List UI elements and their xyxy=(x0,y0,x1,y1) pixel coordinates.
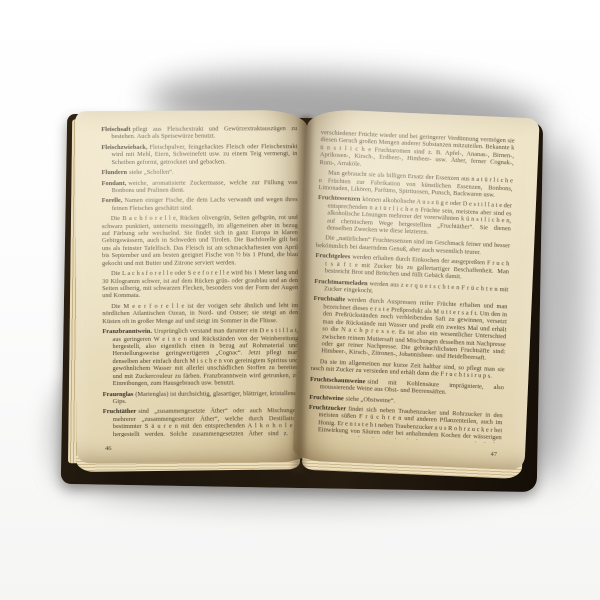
entry-text: pflegt aus Fleischextrakt und Gewürzextr… xyxy=(111,125,297,140)
entry-text: werden erhalten durch Einkochen der ausg… xyxy=(325,254,510,281)
lexicon-entry-frauenglas: Frauenglas(Marienglas) ist durchsichtig,… xyxy=(103,390,299,406)
page-number-right: 47 xyxy=(490,451,497,458)
lexicon-entry-forelle: Forelle,Namen einiger Fische, die dem La… xyxy=(102,196,298,212)
entry-text: siehe „Obstweine“. xyxy=(346,395,396,404)
entry-text: (Marienglas) ist durchsichtig, glasartig… xyxy=(113,390,299,405)
entry-term: Fleischsaft xyxy=(101,126,130,133)
entry-term: Fruchtweine xyxy=(309,393,344,401)
entry-text: sind „zusammengesetzte Äther“ oder auch … xyxy=(113,407,299,437)
entry-text: weiche, aromatisierte Zuckermasse, welch… xyxy=(112,179,298,194)
entry-term: Flundern xyxy=(102,169,128,176)
entry-text: siehe „Schollen“. xyxy=(129,169,174,176)
lexicon-entry-fruchtessenzen: Fruchtessenzenkönnen alkoholische A u s … xyxy=(317,194,512,240)
book-page-right: verschiedener Früchte wieder und bei ger… xyxy=(293,109,540,471)
entry-term: Forelle, xyxy=(102,197,123,204)
entry-text: werden durch Auspressen reifer Früchte e… xyxy=(321,297,507,362)
open-book: Fleischsaftpflegt aus Fleischextrakt und… xyxy=(54,97,551,503)
entry-term: Fruchtäther xyxy=(103,408,136,415)
page-left-text-column: Fleischsaftpflegt aus Fleischextrakt und… xyxy=(101,125,299,437)
entry-text: Namen einiger Fische, die dem Lachs verw… xyxy=(112,196,298,211)
lexicon-entry-fleischsaft: Fleischsaftpflegt aus Fleischextrakt und… xyxy=(101,125,297,141)
entry-term: Franzbranntwein. xyxy=(102,328,152,335)
entry-paragraph-bachforelle: Die B a c h f o r e l l e, Rücken oliven… xyxy=(102,214,298,267)
entry-term: Fleischzwieback, xyxy=(101,144,147,151)
entry-term: Fruchtsäfte xyxy=(313,295,345,303)
entry-term: Fondant, xyxy=(102,180,127,187)
lexicon-entry-fruchtsaefte: Fruchtsäftewerden durch Auspressen reife… xyxy=(311,295,507,363)
entry-paragraph-lachsforelle: Die L a c h s f o r e l l e oder S e e f… xyxy=(102,269,298,300)
entry-paragraph-meerforelle: Die M e e r f o r e l l e ist der vorige… xyxy=(102,302,298,325)
page-right-text-column: verschiedener Früchte wieder und bei ger… xyxy=(308,129,515,443)
lexicon-entry-fondant: Fondant,weiche, aromatisierte Zuckermass… xyxy=(102,179,298,195)
lexicon-entry-franzbranntwein: Franzbranntwein.Ursprünglich verstand ma… xyxy=(102,327,298,387)
lexicon-entry-flundern: Flundernsiehe „Schollen“. xyxy=(102,168,298,176)
entry-term: Frauenglas xyxy=(103,390,134,397)
book-page-left: Fleischsaftpflegt aus Fleischextrakt und… xyxy=(75,110,309,463)
book-photo: Fleischsaftpflegt aus Fleischextrakt und… xyxy=(0,0,600,600)
continuation-paragraph: verschiedener Früchte wieder und bei ger… xyxy=(319,129,514,175)
lexicon-entry-fruchtzucker: Fruchtzuckerfindet sich neben Traubenzuc… xyxy=(308,404,503,444)
lexicon-entry-fleischzwieback: Fleischzwieback,Fleischpulver, feingehac… xyxy=(101,143,297,166)
lexicon-entry-fruchtaether: Fruchtäthersind „zusammengesetzte Äther“… xyxy=(103,407,299,437)
entry-text: Ursprünglich verstand man darunter ein D… xyxy=(112,327,298,387)
page-number-left: 46 xyxy=(105,445,112,452)
